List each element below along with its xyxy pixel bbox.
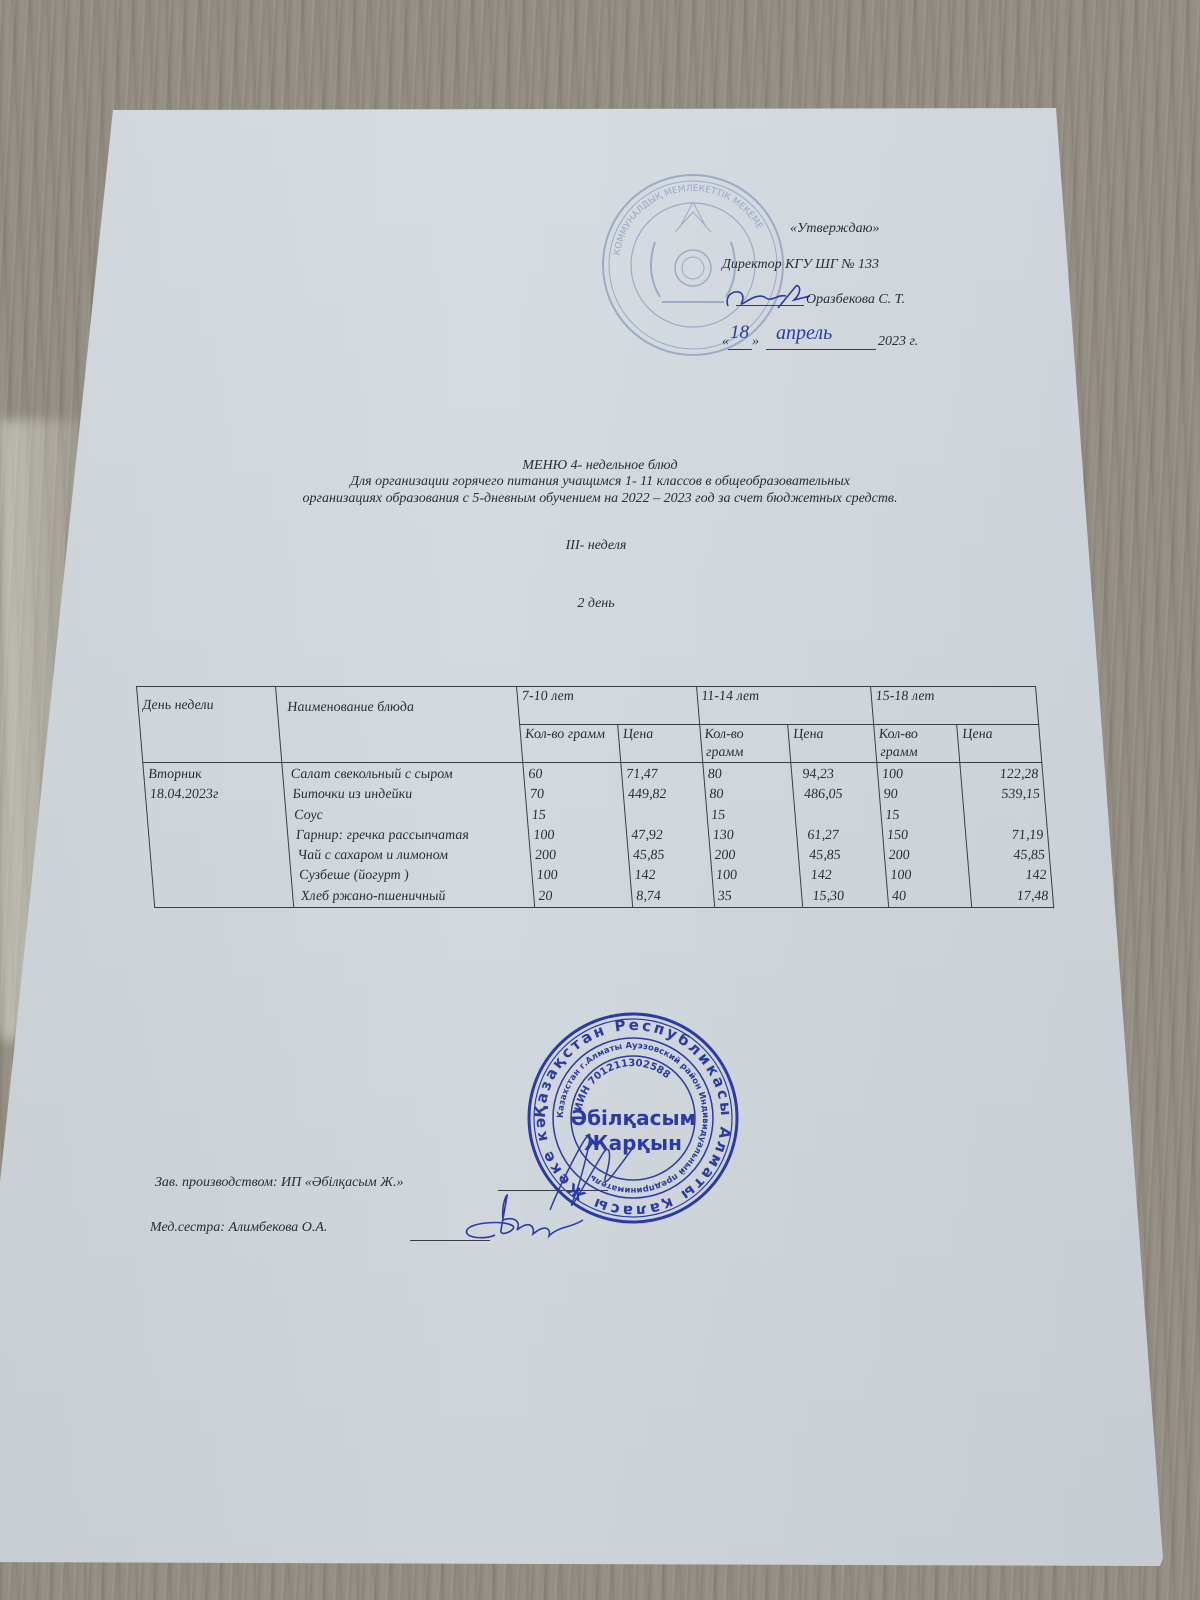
cell-value: 60 [528, 765, 619, 785]
cell-value: 71,19 [970, 826, 1044, 846]
price-7-10-column: 71,47449,8247,9245,851428,74 [621, 763, 714, 908]
cell-value: 80 [707, 765, 788, 785]
qty-15-18-column: 100901515020010040 [877, 763, 972, 908]
table-row: Вторник 18.04.2023г Салат свекольный с с… [143, 763, 1054, 908]
price-15-18-column: 122,28539,1571,1945,8514217,48 [960, 763, 1054, 908]
header-qty: Кол-во грамм [873, 725, 960, 763]
age-group-label: 15-18 лет [875, 689, 935, 704]
cell-value: 100 [881, 765, 957, 785]
menu-table: День недели Наименование блюда 7-10 лет … [136, 686, 1054, 908]
cell-value: 142 [973, 866, 1047, 886]
header-qty: Кол-во грамм [520, 725, 621, 763]
cell-value: 130 [712, 826, 793, 846]
cell-value [968, 806, 1042, 826]
cell-value: 45,85 [808, 846, 880, 866]
cell-value: 20 [538, 887, 629, 907]
cell-value: 200 [888, 846, 964, 866]
cell-value: 449,82 [627, 785, 701, 805]
cell-value: 17,48 [975, 887, 1049, 907]
header-day-of-week-text: День недели [142, 698, 214, 713]
cell-value: 15 [710, 806, 791, 826]
header-price: Цена [618, 725, 703, 763]
date-text: 18.04.2023г [149, 785, 280, 805]
dish-name: Хлеб ржано-пшеничный [300, 887, 530, 907]
director-name: Оразбекова С. Т. [806, 292, 905, 308]
date-open-quote: « [722, 334, 729, 350]
cell-value: 90 [883, 785, 959, 805]
cell-value: 100 [715, 866, 796, 886]
weekday-text: Вторник [147, 765, 278, 785]
cell-value: 71,47 [625, 765, 699, 785]
cell-value: 15,30 [812, 887, 884, 907]
header-day-of-week: День недели [137, 687, 282, 763]
cell-value: 142 [810, 866, 882, 886]
date-day-line [728, 349, 752, 350]
date-year: 2023 г. [878, 334, 918, 350]
header-qty: Кол-во грамм [699, 725, 791, 763]
cell-value: 100 [533, 826, 624, 846]
date-day: 18 [730, 322, 749, 344]
day-cell: Вторник 18.04.2023г [143, 763, 294, 908]
cell-value: 539,15 [967, 785, 1041, 805]
header-price: Цена [957, 725, 1042, 763]
cell-value: 70 [529, 785, 620, 805]
day-label: 2 день [0, 596, 1196, 612]
production-head-label: Зав. производством: ИП «Әбілқасым Ж.» [155, 1175, 404, 1191]
cell-value: 200 [714, 846, 795, 866]
cell-value: 94,23 [802, 765, 874, 785]
date-month: апрель [776, 322, 832, 345]
age-group-label: 7-10 лет [521, 689, 574, 704]
cell-value: 80 [709, 785, 790, 805]
cell-value: 100 [536, 866, 627, 886]
cell-value: 100 [890, 866, 966, 886]
nurse-label: Мед.сестра: Алимбекова О.А. [150, 1220, 327, 1236]
cell-value: 45,85 [632, 846, 706, 866]
header-price: Цена [788, 725, 877, 763]
date-month-line [766, 349, 876, 350]
cell-value: 40 [891, 887, 967, 907]
week-label: III- неделя [0, 538, 1196, 554]
cell-value [805, 806, 877, 826]
dish-name: Сузбеше (йогурт ) [298, 866, 528, 886]
director-signature-icon [720, 280, 820, 316]
header-age-15-18: 15-18 лет [870, 687, 1038, 725]
cell-value: 8,74 [636, 887, 710, 907]
cell-value: 142 [634, 866, 708, 886]
cell-value: 47,92 [631, 826, 705, 846]
dish-column: Салат свекольный с сыромБиточки из индей… [281, 763, 534, 908]
age-group-label: 11-14 лет [701, 689, 760, 704]
cell-value: 45,85 [972, 846, 1046, 866]
cell-value [629, 806, 703, 826]
cell-value: 35 [717, 887, 798, 907]
dish-name: Гарнир: гречка рассыпчатая [295, 826, 525, 846]
cell-value: 150 [886, 826, 962, 846]
menu-title: МЕНЮ 4- недельное блюд [0, 458, 1200, 474]
date-close-quote: » [752, 334, 759, 350]
approve-label: «Утверждаю» [790, 221, 879, 237]
cell-value: 15 [885, 806, 961, 826]
cell-value: 61,27 [807, 826, 879, 846]
header-age-11-14: 11-14 лет [696, 687, 873, 725]
director-line: Директор КГУ ШГ № 133 [722, 257, 879, 273]
menu-subtitle-line2: организациях образования с 5-дневным обу… [0, 491, 1200, 507]
price-11-14-column: 94,23486,0561,2745,8514215,30 [791, 763, 889, 908]
dish-name: Соус [293, 806, 523, 826]
header-dish-name: Наименование блюда [275, 687, 523, 763]
menu-subtitle-line1: Для организации горячего питания учащимс… [0, 474, 1200, 490]
dish-name: Салат свекольный с сыром [290, 765, 520, 785]
cell-value: 486,05 [803, 785, 875, 805]
qty-7-10-column: 60701510020010020 [523, 763, 633, 908]
cell-value: 15 [531, 806, 622, 826]
header-dish-name-text: Наименование блюда [287, 700, 415, 715]
nurse-signature-icon [455, 1190, 595, 1250]
dish-name: Чай с сахаром и лимоном [297, 846, 527, 866]
cell-value: 200 [534, 846, 625, 866]
dish-name: Биточки из индейки [292, 785, 522, 805]
header-age-7-10: 7-10 лет [517, 687, 700, 725]
cell-value: 122,28 [965, 765, 1039, 785]
qty-11-14-column: 80801513020010035 [702, 763, 803, 908]
